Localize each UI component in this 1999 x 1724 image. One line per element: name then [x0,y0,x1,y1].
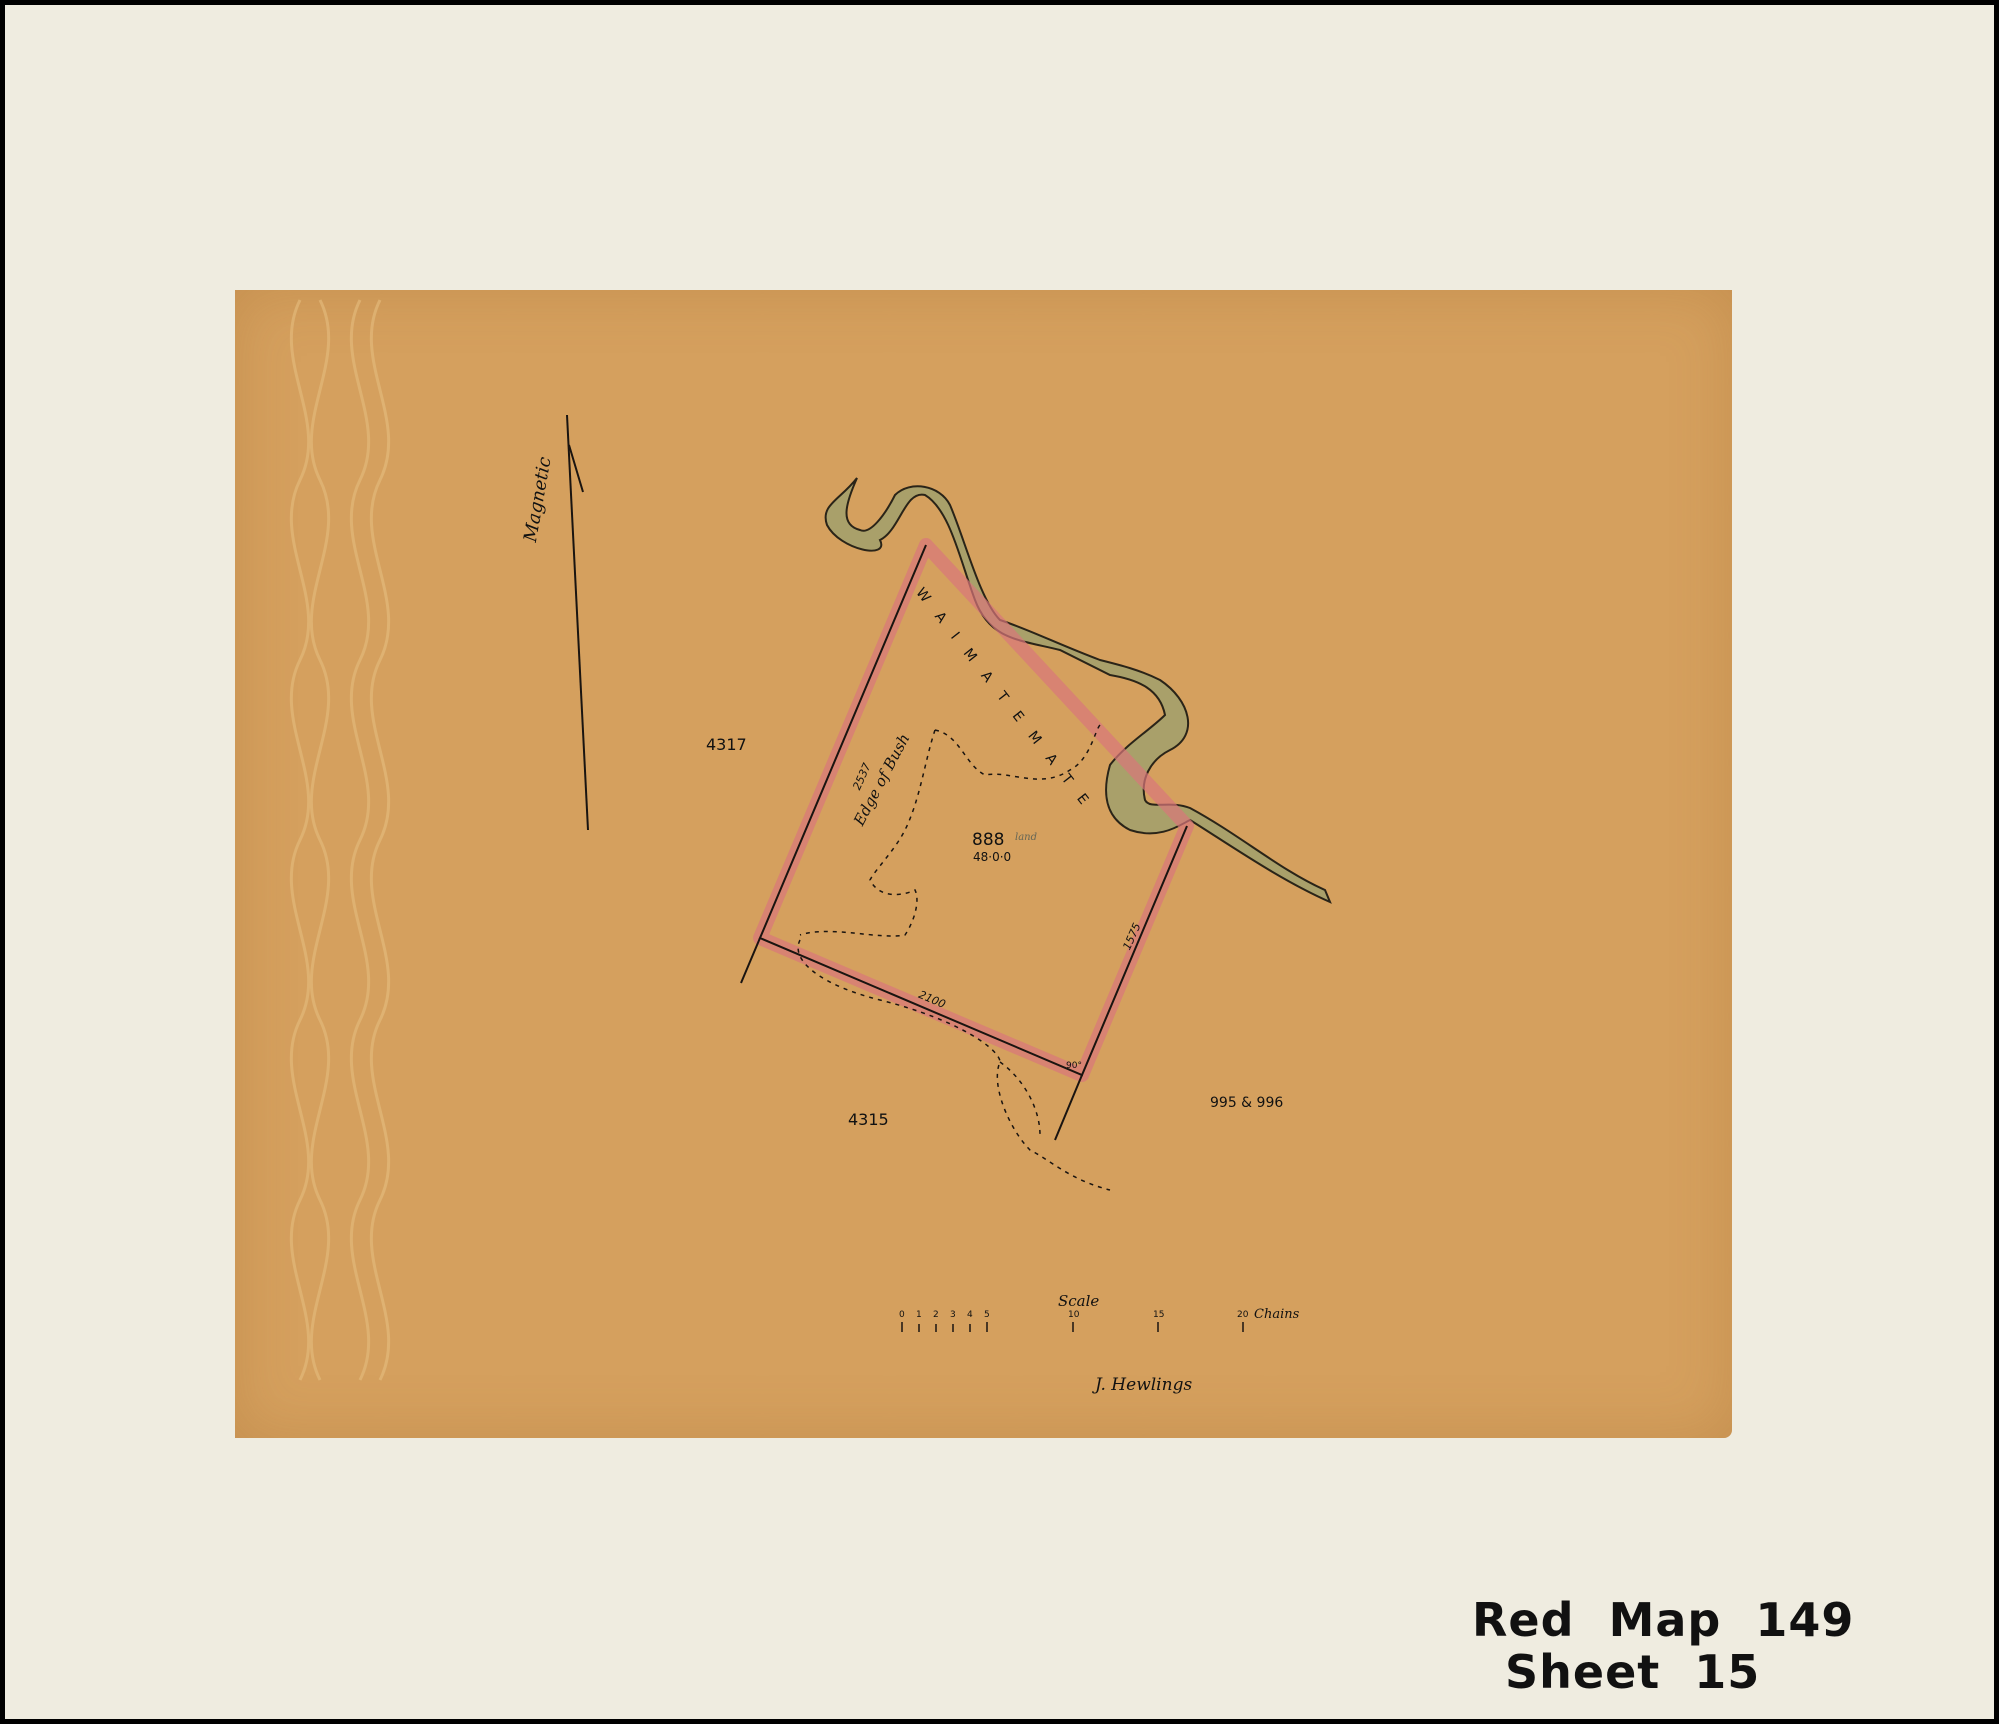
scale-bar [902,1322,1243,1332]
river [826,478,1330,902]
scale-tick-10: 10 [1068,1310,1079,1320]
north-arrow-icon [567,415,588,830]
corner-angle: 90° [1066,1061,1082,1071]
watermark-border [291,300,388,1380]
neighbor-4315: 4315 [848,1110,889,1129]
scale-tick-2: 2 [933,1310,939,1320]
red-map-label: Red Map 149 [1472,1593,1854,1647]
scale-tick-15: 15 [1153,1310,1164,1320]
scale-title: Scale [1058,1292,1099,1310]
scale-tick-1: 1 [916,1310,922,1320]
parcel-area: 48·0·0 [973,850,1011,864]
scale-tick-20: 20 [1237,1310,1248,1320]
neighbor-995-996: 995 & 996 [1210,1095,1283,1111]
parcel-number: 888 [972,830,1004,850]
scale-tick-5: 5 [984,1310,990,1320]
parcel-note: land [1015,832,1037,843]
scale-unit: Chains [1254,1307,1299,1322]
scale-tick-3: 3 [950,1310,956,1320]
sheet-number-label: Sheet 15 [1505,1645,1760,1699]
surveyor-signature: J. Hewlings [1095,1375,1192,1395]
scale-tick-0: 0 [899,1310,905,1320]
scale-tick-4: 4 [967,1310,973,1320]
neighbor-4317: 4317 [706,735,747,754]
